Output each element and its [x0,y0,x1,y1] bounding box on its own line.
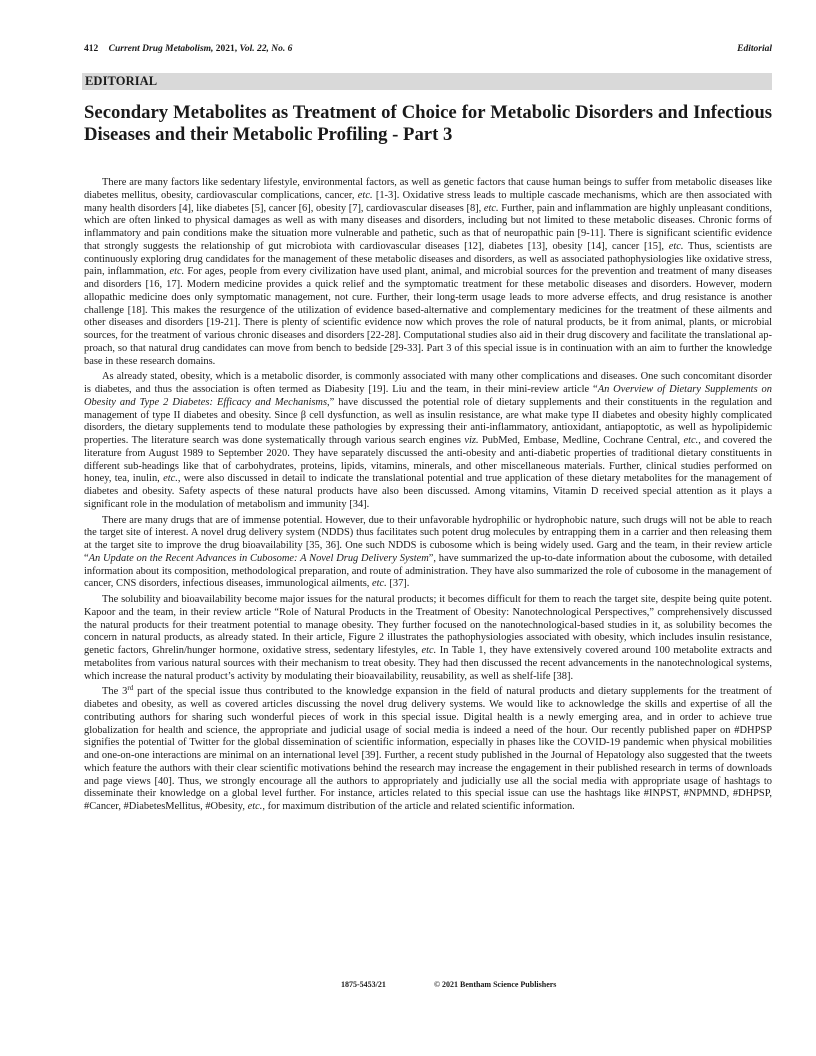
italic-text: etc. [358,190,373,201]
issn: 1875-5453/21 [341,980,386,989]
copyright: © 2021 Bentham Science Publishers [434,980,556,989]
text-run: [37]. [387,578,410,589]
italic-text: viz. [464,435,478,446]
text-run: The 3 [102,686,127,697]
italic-text: An Update on the Recent Advances in Cubo… [89,553,429,564]
text-run: PubMed, Embase, Medline, Cochrane Centra… [479,435,684,446]
text-run: For ages, people from every civilization… [84,266,772,366]
text-run: part of the special issue thus contribut… [84,686,772,812]
running-head-citation: 412 Current Drug Metabolism, 2021, Vol. … [84,44,292,54]
journal-name: Current Drug Metabolism, [109,44,214,54]
article-title: Secondary Metabolites as Treatment of Ch… [84,102,772,146]
italic-text: etc. [170,266,185,277]
italic-text: etc. [669,241,684,252]
italic-text: etc. [484,203,499,214]
section-bar: EDITORIAL [82,73,772,90]
section-label: EDITORIAL [85,74,157,89]
body-paragraph: There are many drugs that are of immense… [84,515,772,592]
running-head-section: Editorial [737,44,772,54]
journal-volume: Vol. 22, No. 6 [240,44,293,54]
body-paragraph: There are many factors like sedentary li… [84,177,772,368]
text-run: , were also discussed in detail to indic… [84,473,772,510]
italic-text: etc. [372,578,387,589]
italic-text: etc. [248,801,263,812]
article-body: There are many factors like sedentary li… [84,177,772,817]
body-paragraph: The 3rd part of the special issue thus c… [84,686,772,814]
italic-text: etc. [683,435,698,446]
page-number: 412 [84,44,98,54]
journal-year: 2021, [216,44,237,54]
body-paragraph: The solubility and bioavailability becom… [84,594,772,683]
body-paragraph: As already stated, obesity, which is a m… [84,371,772,511]
italic-text: etc. [421,645,436,656]
text-run: , for maximum distribution of the articl… [262,801,574,812]
italic-text: etc. [163,473,178,484]
